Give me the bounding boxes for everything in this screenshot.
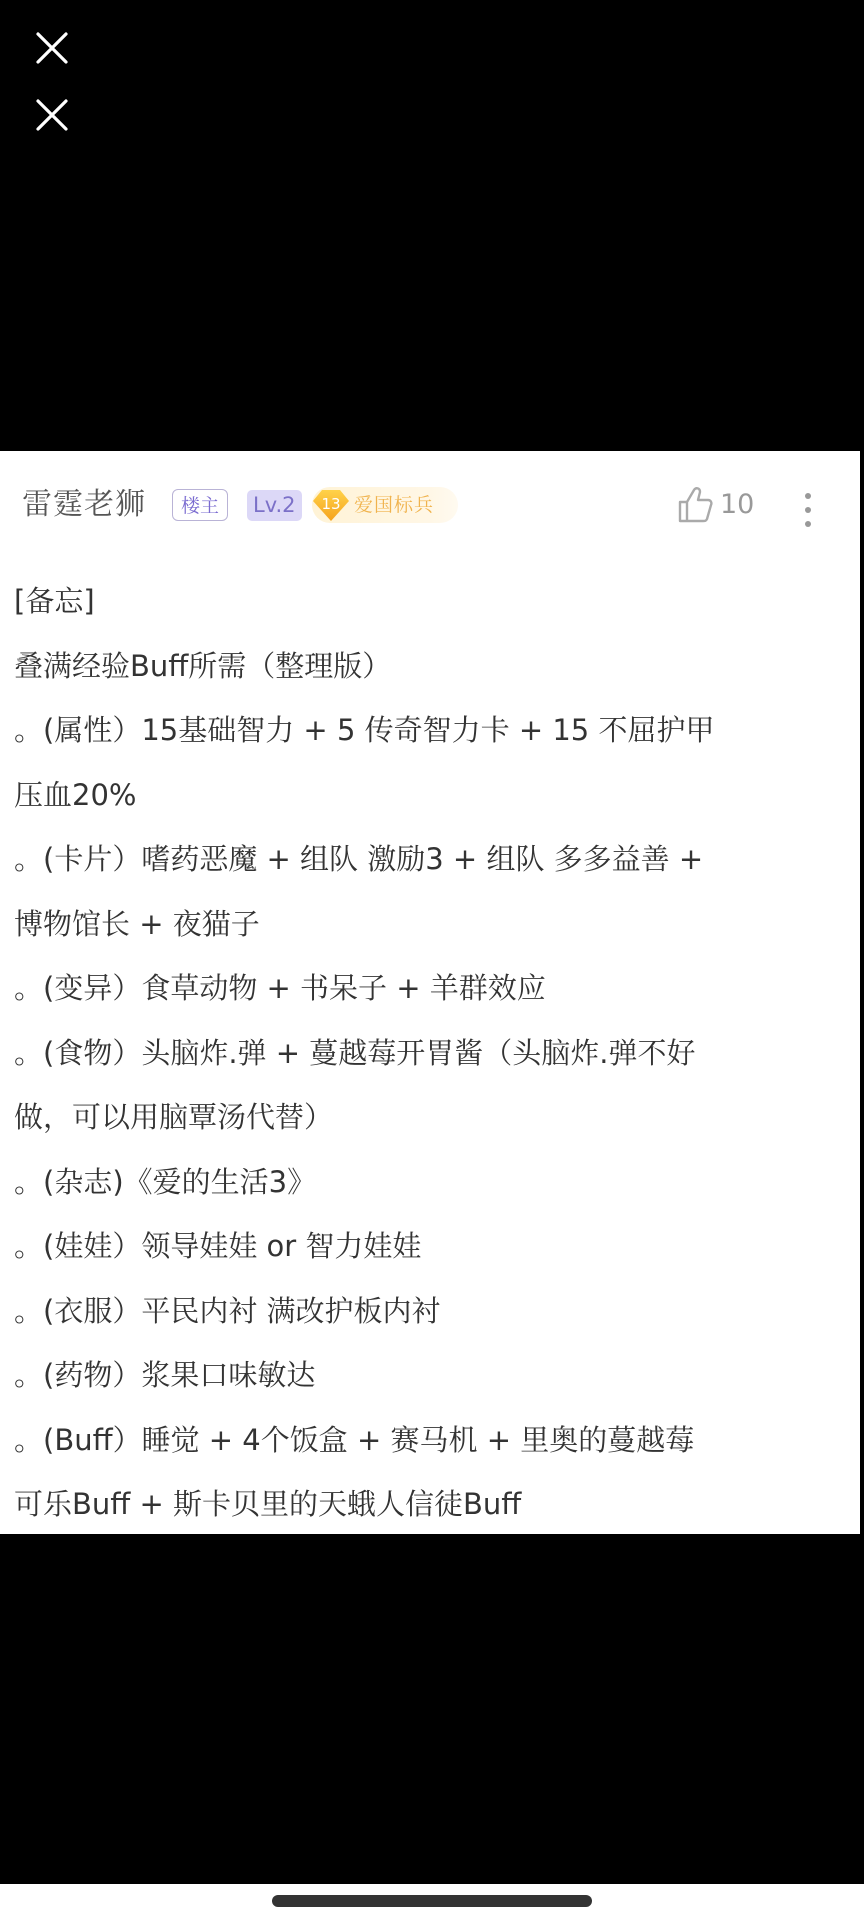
content-line: 。(药物）浆果口味敏达 <box>14 1343 854 1408</box>
content-line: 可乐Buff + 斯卡贝里的天蛾人信徒Buff <box>14 1472 854 1537</box>
content-line: 做，可以用脑覃汤代替） <box>14 1085 854 1150</box>
content-line: 。(杂志)《爱的生活3》 <box>14 1150 854 1215</box>
content-line: 博物馆长 + 夜猫子 <box>14 892 854 957</box>
content-line: 。(卡片）嗜药恶魔 + 组队 激励3 + 组队 多多益善 + <box>14 827 854 892</box>
more-vertical-icon <box>805 521 811 527</box>
more-options-button[interactable] <box>794 487 822 527</box>
content-line: 。(变异）食草动物 + 书呆子 + 羊群效应 <box>14 956 854 1021</box>
close-icon <box>34 30 70 66</box>
content-line: 。(娃娃）领导娃娃 or 智力娃娃 <box>14 1214 854 1279</box>
author-name[interactable]: 雷霆老狮 <box>22 485 146 525</box>
level-badge: Lv.2 <box>247 490 302 521</box>
post-content: [备忘] 叠满经验Buff所需（整理版） 。(属性）15基础智力 + 5 传奇智… <box>14 569 854 1537</box>
home-bar-area <box>0 1884 864 1920</box>
content-line: 。(食物）头脑炸.弹 + 蔓越莓开胃酱（头脑炸.弹不好 <box>14 1021 854 1086</box>
owner-badge: 楼主 <box>172 489 228 521</box>
content-line: 。(衣服）平民内衬 满改护板内衬 <box>14 1279 854 1344</box>
content-line: 。(属性）15基础智力 + 5 传奇智力卡 + 15 不屈护甲 <box>14 698 854 763</box>
rank-number: 13 <box>321 494 341 514</box>
content-line: 压血20% <box>14 763 854 828</box>
more-vertical-icon <box>805 507 811 513</box>
thumbs-up-icon <box>676 485 714 525</box>
content-line: 。(Buff）睡觉 + 4个饭盒 + 赛马机 + 里奥的蔓越莓 <box>14 1408 854 1473</box>
post-card: 雷霆老狮 楼主 Lv.2 13 爱国标兵 <box>0 451 860 1534</box>
close-button[interactable] <box>34 30 70 66</box>
rank-label: 爱国标兵 <box>354 491 434 519</box>
like-button[interactable]: 10 <box>676 485 754 525</box>
home-indicator[interactable] <box>272 1895 592 1907</box>
content-line: [备忘] <box>14 569 854 634</box>
close-icon <box>34 97 70 133</box>
like-count: 10 <box>720 485 754 525</box>
more-vertical-icon <box>805 493 811 499</box>
close-button-secondary[interactable] <box>34 97 70 133</box>
rank-badge: 13 爱国标兵 <box>312 487 458 523</box>
content-line: 叠满经验Buff所需（整理版） <box>14 634 854 699</box>
post-header: 雷霆老狮 楼主 Lv.2 13 爱国标兵 <box>0 451 860 563</box>
